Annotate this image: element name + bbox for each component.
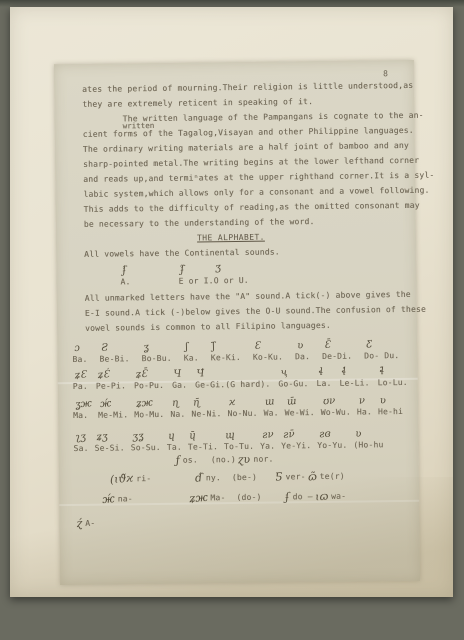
syllable-label: Ke-Ki.	[211, 352, 241, 363]
baybayin-glyph: ʑж	[136, 397, 154, 409]
syllable-label: Ga.	[172, 380, 187, 391]
vowel-row: ʄ́ A. ʄ̋ E or I. Ʒ O or U.	[68, 262, 408, 288]
syllable-label: Yo-Yu.	[317, 440, 347, 451]
baybayin-glyph: ʄ́	[122, 265, 127, 276]
annotation-label: te(r)	[320, 471, 345, 482]
vowel-label: E or I.	[178, 275, 213, 286]
annotation-label: os.	[183, 454, 198, 465]
baybayin-glyph: ϰ	[229, 397, 236, 408]
interlinear-insertion: written	[123, 121, 155, 130]
baybayin-glyph: ʅʒ	[75, 432, 86, 444]
syllable-cell: ʓж Ma.	[73, 399, 92, 421]
syllable-label: (Ho-hu	[353, 439, 383, 450]
annotation-item: ɗ́ ny.	[193, 472, 221, 483]
baybayin-glyph: Ч	[173, 368, 182, 380]
baybayin-glyph: Ʒ	[215, 264, 222, 275]
annotation-label: ver-	[285, 471, 305, 482]
syllable-cell: ɳ Na.	[170, 398, 185, 420]
syllable-label: He-hi	[378, 406, 403, 417]
baybayin-glyph: ɳ	[172, 397, 180, 409]
photograph-print: 8 ates the period of mourning.Their reli…	[10, 7, 453, 597]
typed-line: vowel sounds is common to all Filipino l…	[85, 317, 409, 336]
syllable-cell: ʑƐ́ Pe-Pi.	[96, 369, 126, 391]
annotation-label: wa-	[331, 491, 346, 502]
annotation-line-4: ɀ́ A-	[74, 514, 411, 529]
baybayin-glyph: ʑʒ	[96, 431, 108, 443]
syllable-cell: ɯ̄ We-Wi.	[284, 396, 314, 418]
baybayin-glyph: ɬ̄	[379, 366, 384, 377]
baybayin-glyph: Ƽ	[275, 471, 283, 483]
syllable-label: Ye-Yi.	[281, 440, 311, 451]
syllable-label: Te-Ti.	[188, 441, 218, 452]
syllable-cell: ʑƐ Pa.	[73, 370, 88, 392]
baybayin-glyph: ɯ̄	[286, 396, 296, 408]
baybayin-glyph: ɥ	[168, 431, 175, 442]
annotation-label: A-	[85, 518, 95, 529]
syllable-label: Go-Gu.	[278, 378, 308, 389]
syllable-cell: ɬ̄ Lo-Lu.	[377, 366, 407, 388]
syllable-label: Na.	[170, 409, 185, 420]
vowel-label: O or U.	[214, 275, 249, 286]
baybayin-glyph: ɬ	[318, 367, 323, 378]
syllable-cell: Ɛ Ko-Ku.	[253, 340, 283, 362]
syllable-cell: ʃ Ka.	[184, 341, 199, 363]
syllable-cell: ʊν Wo-Wu.	[321, 396, 351, 418]
syllable-label: Ya.	[260, 441, 275, 452]
syllable-label: Ge-Gi.(G hard).	[195, 379, 270, 391]
baybayin-glyph: ƒ	[175, 455, 180, 466]
syllable-cell: ɔ Ba.	[72, 343, 87, 365]
syllable-cell: ɯ Wa.	[263, 396, 278, 418]
syllable-cell: ж́ Me-Mi.	[98, 398, 128, 420]
baybayin-glyph: ʑƐ̄	[135, 369, 148, 381]
syllable-label: Ha.	[357, 406, 372, 417]
syllable-row-b-k-d: ɔ Ba. Ƨ Be-Bi. ʓ Bo-Bu.	[72, 339, 409, 365]
syllable-cell: ʓ Bo-Bu.	[141, 342, 171, 364]
baybayin-glyph: ɔ	[74, 343, 80, 354]
vowels-intro-line: All vowels have the Continental sounds.	[84, 243, 408, 262]
annotation-label: (be-)	[232, 472, 257, 483]
syllable-cell: ɳ̄ Ne-Ni.	[191, 397, 221, 419]
annotation-item: Ƽ ver-	[273, 471, 306, 482]
paragraph-written-language: written The written language of the Pamp…	[82, 108, 407, 232]
annotation-item: (no.)	[206, 454, 236, 465]
syllable-cell: ʅʒ Sa.	[73, 432, 88, 454]
annotation-item: ж́ na-	[100, 493, 133, 504]
page-number: 8	[383, 69, 388, 78]
baybayin-glyph: ʋ	[355, 428, 362, 439]
annotation-label: ny.	[206, 472, 221, 483]
baybayin-glyph: ɗ́	[195, 472, 203, 484]
annotation-label: ri-	[136, 473, 151, 484]
syllable-cell: ʋ Da.	[295, 340, 310, 362]
typed-document-sheet: 8 ates the period of mourning.Their reli…	[54, 60, 420, 585]
annotation-item: ɀ́ A-	[74, 518, 95, 529]
annotation-line-3: ж́ na- ʑж Ma- (do-) ʄ	[74, 490, 411, 505]
syllable-cell: ʑƐ̄ Po-Pu.	[134, 369, 164, 391]
baybayin-glyph: ɰ	[225, 430, 235, 442]
syllable-label: Me-Mi.	[98, 409, 128, 420]
vowel-cell: ʄ̋ E or I.	[178, 264, 213, 286]
syllable-cell: ʃ̄ Ke-Ki.	[211, 341, 241, 363]
baybayin-glyph: ɀʋ	[237, 453, 250, 465]
syllable-cell: ƨν̄ Ye-Yi.	[281, 429, 311, 451]
annotation-item: ɷ̃ te(r)	[306, 471, 345, 482]
annotation-label: do —	[293, 491, 313, 502]
syllable-cell: ɰ To-Tu.	[224, 430, 254, 452]
annotation-item: ʑж Ma-	[187, 492, 226, 503]
annotation-label: na-	[118, 493, 133, 504]
syllable-cell: Ч́ Ge-Gi.(G hard).	[195, 368, 271, 391]
syllable-label: Da.	[295, 351, 310, 362]
syllable-cell: Ч Ga.	[172, 369, 187, 391]
syllable-label: Lo-Lu.	[378, 377, 408, 388]
baybayin-glyph: ʑƐ	[74, 369, 87, 381]
baybayin-glyph: Ч́	[197, 368, 206, 380]
baybayin-glyph: ʋ	[379, 395, 386, 406]
baybayin-glyph: ʒʓ	[132, 431, 144, 443]
baybayin-glyph: ʑƐ́	[97, 369, 110, 381]
syllable-label: Le-Li.	[339, 377, 369, 388]
syllable-cell: Ƹ Do- Du.	[364, 339, 399, 361]
syllable-label: Be-Bi.	[99, 353, 129, 364]
annotation-item: ƒ os.	[174, 454, 198, 465]
syllable-label: Ma.	[73, 410, 88, 421]
baybayin-glyph: ʄ	[285, 491, 290, 502]
annotation-label: nor.	[253, 454, 273, 465]
syllable-row-s-t-y: ʅʒ Sa. ʑʒ Se-Si. ʒʓ So-Su.	[73, 428, 410, 454]
syllable-cell: ʒʓ So-Su.	[130, 431, 160, 453]
syllable-label: We-Wi.	[285, 407, 315, 418]
annotation-label: Ma-	[210, 492, 225, 503]
syllable-label: Sa.	[73, 443, 88, 454]
baybayin-glyph: ν	[358, 395, 365, 406]
baybayin-glyph: ʓ	[143, 342, 149, 353]
baybayin-glyph: ɬ́	[341, 367, 346, 378]
syllable-label: Ne-Ni.	[191, 408, 221, 419]
syllable-label: Wa.	[264, 407, 279, 418]
baybayin-glyph: (ɩϑ̃ϰ	[109, 472, 133, 485]
annotation-label: (do-)	[236, 492, 261, 503]
syllable-cell: ʑж Mo-Mu.	[134, 398, 164, 420]
syllable-label: Bo-Bu.	[142, 353, 172, 364]
syllable-label: Ta.	[167, 442, 182, 453]
syllable-cell: ʋ He-hi	[378, 395, 403, 417]
syllable-label: La.	[316, 378, 331, 389]
syllable-cell: ɬ La.	[316, 367, 331, 389]
syllable-cell: Ɛ̄ De-Di.	[322, 340, 352, 362]
syllable-label: Ba.	[72, 354, 87, 365]
syllable-label: De-Di.	[322, 351, 352, 362]
baybayin-glyph: ʃ	[185, 342, 189, 353]
baybayin-glyph: ʊν	[322, 395, 335, 407]
syllable-cell: Ƨ Be-Bi.	[99, 342, 129, 364]
baybayin-glyph: ɳ̄	[193, 397, 201, 409]
syllable-cell: ƨɞ Yo-Yu.	[317, 429, 347, 451]
annotation-item: ɩɷ wa-	[313, 491, 347, 502]
syllable-cell: ϰ No-Nu.	[227, 397, 257, 419]
baybayin-glyph: ƨν̄	[283, 429, 295, 441]
baybayin-glyph: ɩɷ	[314, 490, 328, 502]
syllable-cell: ʑʒ Se-Si.	[94, 431, 124, 453]
typed-content: 8 ates the period of mourning.Their reli…	[54, 60, 420, 529]
syllable-cell: ɬ́ Le-Li.	[339, 366, 369, 388]
syllable-label: Mo-Mu.	[134, 409, 164, 420]
vowel-cell: Ʒ O or U.	[213, 264, 248, 286]
syllable-label: Pa.	[73, 381, 88, 392]
syllable-row-p-g-l: ʑƐ Pa. ʑƐ́ Pe-Pi. ʑƐ̄ Po-Pu.	[73, 366, 410, 392]
tick-note-paragraph: All unmarked letters have the "A" sound.…	[85, 287, 410, 336]
baybayin-glyph: ƨɞ	[319, 428, 331, 440]
annotation-item: (be-)	[227, 472, 257, 483]
annotation-item: (do-)	[231, 492, 261, 503]
syllable-cell: ʋ (Ho-hu	[353, 428, 383, 450]
syllable-label: Po-Pu.	[134, 380, 164, 391]
annotation-item: (ɩϑ̃ϰ ri-	[108, 473, 152, 485]
annotation-item: ʄ do —	[283, 491, 312, 502]
syllabary-table: ɔ Ba. Ƨ Be-Bi. ʓ Bo-Bu.	[72, 339, 410, 454]
baybayin-glyph: Ƹ	[366, 339, 373, 350]
syllable-cell: ν Ha.	[357, 395, 372, 417]
baybayin-glyph: Ƨ	[101, 342, 109, 354]
baybayin-glyph: ҷ	[280, 367, 288, 379]
vowel-label: A.	[120, 276, 130, 287]
annotation-line-2: (ɩϑ̃ϰ ri- ɗ́ ny. (be-) Ƽ	[74, 470, 411, 485]
baybayin-glyph: ɯ	[265, 396, 275, 408]
baybayin-glyph: ɥ̄	[189, 430, 196, 441]
syllable-label: Se-Si.	[95, 442, 125, 453]
baybayin-glyph: ʃ̄	[212, 341, 216, 352]
syllable-label: Ko-Ku.	[253, 351, 283, 362]
baybayin-glyph: ж́	[102, 493, 115, 505]
syllable-cell: ɥ̄ Te-Ti.	[188, 430, 218, 452]
syllable-label: Ka.	[184, 352, 199, 363]
syllable-label: Wo-Wu.	[321, 407, 351, 418]
syllable-cell: ɥ Ta.	[167, 431, 182, 453]
baybayin-glyph: ʓж	[75, 398, 93, 410]
vowel-cell: ʄ́ A.	[120, 265, 130, 287]
syllable-label: Pe-Pi.	[96, 380, 126, 391]
syllable-label: So-Su.	[131, 442, 161, 453]
annotation-item: ɀʋ nor.	[236, 454, 274, 465]
paragraph-mourning: ates the period of mourning.Their religi…	[82, 78, 406, 112]
baybayin-glyph: Ɛ	[254, 341, 261, 352]
annotation-label: (no.)	[211, 454, 236, 465]
baybayin-glyph: ɀ́	[76, 518, 83, 529]
baybayin-glyph: ж́	[100, 398, 112, 410]
baybayin-glyph: ƨν	[262, 429, 274, 441]
baybayin-glyph: ʄ̋	[180, 265, 185, 276]
baybayin-glyph: ʋ	[296, 340, 303, 351]
syllable-cell: ƨν Ya.	[260, 430, 275, 452]
syllable-cell: ҷ Go-Gu.	[278, 367, 308, 389]
annotation-line-1: ƒ os. (no.) ɀʋ nor.	[74, 452, 411, 467]
syllable-label: To-Tu.	[224, 441, 254, 452]
syllable-label: Do- Du.	[364, 350, 399, 361]
syllable-row-m-n-w-h: ʓж Ma. ж́ Me-Mi. ʑж Mo-Mu.	[73, 395, 410, 421]
syllable-label: No-Nu.	[227, 408, 257, 419]
baybayin-glyph: Ɛ̄	[323, 340, 330, 351]
baybayin-glyph: ɷ̃	[307, 471, 317, 483]
baybayin-glyph: ʑж	[188, 492, 208, 504]
